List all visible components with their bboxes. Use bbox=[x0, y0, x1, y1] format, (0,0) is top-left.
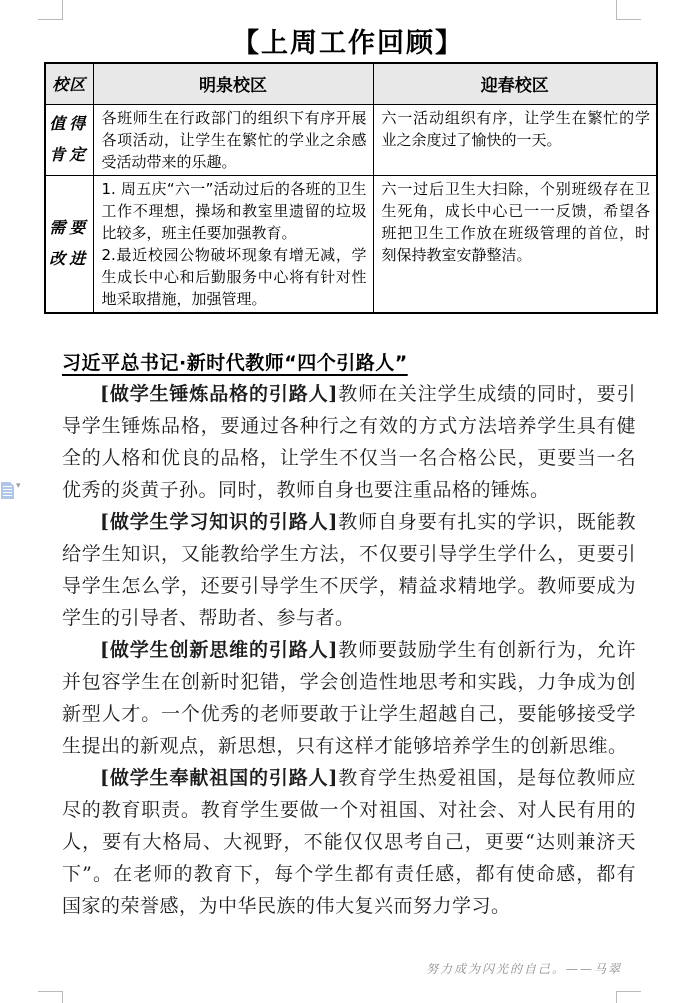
article-heading: 习近平总书记·新时代教师“四个引路人” bbox=[62, 348, 408, 375]
review-table: 校区 明泉校区 迎春校区 值得 肯定 各班师生在行政部门的组织下有序开展各项活动… bbox=[44, 62, 658, 314]
paragraph-lead: [做学生锤炼品格的引路人] bbox=[100, 383, 338, 405]
cell-needs-improvement-mingquan: 1. 周五庆“六一”活动过后的各班的卫生工作不理想，操场和教室里遗留的垃圾比较多… bbox=[93, 175, 373, 313]
row-label-needs-improvement: 需要 改进 bbox=[45, 175, 93, 313]
paragraph-lead: [做学生学习知识的引路人] bbox=[100, 511, 338, 533]
article-paragraph: [做学生创新思维的引路人]教师要鼓励学生有创新行为，允许并包容学生在创新时犯错，… bbox=[62, 634, 636, 762]
cell-worth-affirming-yingchun: 六一活动组织有序，让学生在繁忙的学业之余度过了愉快的一天。 bbox=[373, 104, 657, 175]
table-row-needs-improvement: 需要 改进 1. 周五庆“六一”活动过后的各班的卫生工作不理想，操场和教室里遗留… bbox=[45, 175, 657, 313]
article-paragraph: [做学生锤炼品格的引路人]教师在关注学生成绩的同时，要引导学生锤炼品格，要通过各… bbox=[62, 378, 636, 506]
article-paragraph: [做学生学习知识的引路人]教师自身要有扎实的学识，既能教给学生知识，又能教给学生… bbox=[62, 506, 636, 634]
article-body: [做学生锤炼品格的引路人]教师在关注学生成绩的同时，要引导学生锤炼品格，要通过各… bbox=[62, 378, 636, 922]
paragraph-text: 教育学生热爱祖国，是每位教师应尽的教育职责。教育学生要做一个对祖国、对社会、对人… bbox=[62, 767, 636, 917]
table-row-worth-affirming: 值得 肯定 各班师生在行政部门的组织下有序开展各项活动，让学生在繁忙的学业之余感… bbox=[45, 104, 657, 175]
article-paragraph: [做学生奉献祖国的引路人]教育学生热爱祖国，是每位教师应尽的教育职责。教育学生要… bbox=[62, 762, 636, 922]
crop-mark-bottom-right bbox=[616, 991, 641, 1003]
signature-text: 努力成为闪光的自己。——马翠 bbox=[426, 960, 622, 977]
crop-mark-top-right bbox=[616, 0, 641, 20]
header-cell-campus: 校区 bbox=[45, 63, 93, 104]
crop-mark-top-left bbox=[38, 0, 63, 20]
cell-worth-affirming-mingquan: 各班师生在行政部门的组织下有序开展各项活动，让学生在繁忙的学业之余感受活动带来的… bbox=[93, 104, 373, 175]
header-cell-yingchun: 迎春校区 bbox=[373, 63, 657, 104]
document-page: { "page": { "title": "【上周工作回顾】", "signat… bbox=[0, 0, 696, 1003]
margin-document-icon[interactable] bbox=[1, 482, 14, 499]
header-cell-mingquan: 明泉校区 bbox=[93, 63, 373, 104]
cell-needs-improvement-yingchun: 六一过后卫生大扫除，个别班级存在卫生死角，成长中心已一一反馈，希望各班把卫生工作… bbox=[373, 175, 657, 313]
crop-mark-bottom-left bbox=[38, 991, 63, 1003]
row-label-worth-affirming: 值得 肯定 bbox=[45, 104, 93, 175]
margin-dropdown-icon[interactable]: ▾ bbox=[16, 481, 21, 491]
table-header-row: 校区 明泉校区 迎春校区 bbox=[45, 63, 657, 104]
page-title: 【上周工作回顾】 bbox=[0, 21, 696, 60]
paragraph-lead: [做学生奉献祖国的引路人] bbox=[100, 767, 338, 789]
paragraph-lead: [做学生创新思维的引路人] bbox=[100, 639, 338, 661]
